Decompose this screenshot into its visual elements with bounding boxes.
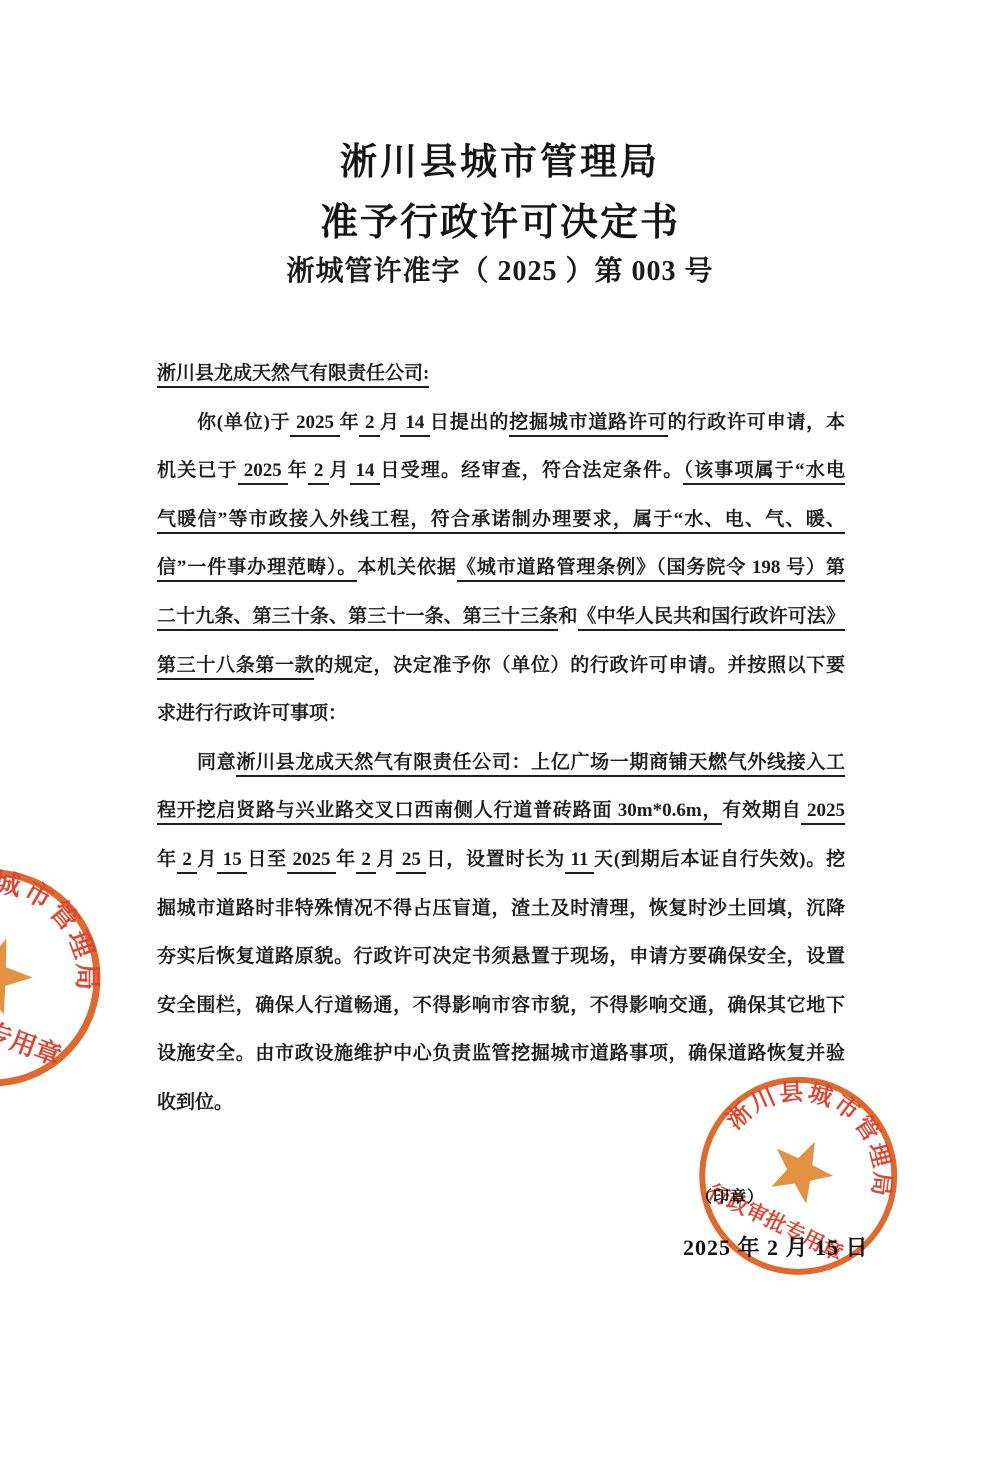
seal-ring bbox=[0, 843, 127, 1112]
text-run: 月 bbox=[329, 460, 349, 481]
text-run: 日提出的 bbox=[430, 412, 509, 433]
stamp-placeholder-note: （印章） bbox=[696, 1184, 764, 1207]
body-line: 收到位。 bbox=[157, 1079, 845, 1128]
body-line: 程开挖启贤路与兴业路交叉口西南侧人行道普砖路面 30m*0.6m，有效期自 20… bbox=[157, 787, 845, 836]
underlined-text: 2 bbox=[359, 412, 380, 437]
underlined-text: 气暖信”等市政接入外线工程，符合承诺制办理要求，属于“水、电、气、暖、 bbox=[157, 509, 845, 534]
body-line: 你(单位)于 2025 年 2 月 14 日提出的挖掘城市道路许可的行政许可申请… bbox=[157, 399, 845, 448]
body-line: 求进行行政许可事项： bbox=[157, 690, 845, 739]
text-run: 的行政许可申请，本 bbox=[668, 412, 845, 433]
text-run: 有效期自 bbox=[722, 800, 801, 821]
underlined-text: 25 bbox=[396, 849, 426, 874]
body-line: 设施安全。由市政设施维护中心负责监管挖掘城市道路事项，确保道路恢复并验 bbox=[157, 1030, 845, 1079]
text-run: 设施安全。由市政设施维护中心负责监管挖掘城市道路事项，确保道路恢复并验 bbox=[157, 1043, 845, 1064]
text-run: 年 bbox=[340, 412, 360, 433]
text-run: 日受理。经审查，符合法定条件。 bbox=[380, 460, 683, 481]
body-line: 信”一件事办理范畴）。本机关依据《城市道路管理条例》（国务院令 198 号）第 bbox=[157, 544, 845, 593]
body-line: 掘城市道路时非特殊情况不得占压盲道，渣土及时清理，恢复时沙土回填，沉降 bbox=[157, 885, 845, 934]
underlined-text: 挖掘城市道路许可 bbox=[509, 412, 667, 437]
text-run: 月 bbox=[197, 849, 217, 870]
underlined-text: 2025 bbox=[290, 412, 339, 437]
text-run: 安全围栏，确保人行道畅通，不得影响市容市貌，不得影响交通，确保其它地下 bbox=[157, 995, 845, 1016]
body-line: 夯实后恢复道路原貌。行政许可决定书须悬置于现场，申请方要确保安全，设置 bbox=[157, 933, 845, 982]
text-run: 求进行行政许可事项： bbox=[157, 703, 347, 724]
text-run: 天(到期后本证自行失效)。挖 bbox=[594, 849, 845, 870]
text-run: 的规定，决定准予你（单位）的行政许可申请。并按照以下要 bbox=[314, 655, 845, 676]
body-line: 气暖信”等市政接入外线工程，符合承诺制办理要求，属于“水、电、气、暖、 bbox=[157, 496, 845, 545]
body-line: 二十九条、第三十条、第三十一条、第三十三条和《中华人民共和国行政许可法》 bbox=[157, 593, 845, 642]
text-run: 月 bbox=[380, 412, 400, 433]
text-run: 年 bbox=[288, 460, 308, 481]
text-run: 同意 bbox=[197, 752, 236, 773]
underlined-text: 15 bbox=[217, 849, 247, 874]
star-icon bbox=[0, 926, 42, 1020]
underlined-text: 2025 bbox=[801, 800, 845, 825]
underlined-text: 2 bbox=[177, 849, 198, 874]
underlined-text: 淅川县龙成天然气有限责任公司: bbox=[157, 363, 429, 388]
document-body: 淅川县龙成天然气有限责任公司:你(单位)于 2025 年 2 月 14 日提出的… bbox=[157, 350, 845, 1128]
text-run: 年 bbox=[157, 849, 177, 870]
underlined-text: 第三十八条第一款 bbox=[157, 655, 314, 680]
text-run: 本机关依据 bbox=[357, 557, 457, 578]
seal-bottom-text: 行政审批专用章 bbox=[0, 981, 65, 1071]
underlined-text: 2 bbox=[308, 460, 329, 485]
body-line: 第三十八条第一款的规定，决定准予你（单位）的行政许可申请。并按照以下要 bbox=[157, 642, 845, 691]
document-number: 淅城管许准字（ 2025 ）第 003 号 bbox=[0, 249, 1000, 289]
document-page: 淅川县城市管理局 准予行政许可决定书 淅城管许准字（ 2025 ）第 003 号… bbox=[0, 0, 1000, 1462]
body-line: 淅川县龙成天然气有限责任公司: bbox=[157, 350, 845, 399]
official-seal-left: 淅川县城市管理局 行政审批专用章 bbox=[0, 824, 146, 1132]
text-run: 日至 bbox=[247, 849, 287, 870]
text-run: 你(单位)于 bbox=[197, 412, 290, 433]
underlined-text: 信”一件事办理范畴）。 bbox=[157, 557, 357, 582]
text-run: 年 bbox=[336, 849, 356, 870]
seal-arc-text: 淅川县城市管理局 bbox=[0, 837, 132, 1003]
seal-arc-text-holder: 淅川县城市管理局 bbox=[0, 837, 132, 1003]
text-run: 和 bbox=[558, 606, 577, 627]
underlined-text: 程开挖启贤路与兴业路交叉口西南侧人行道普砖路面 30m*0.6m， bbox=[157, 800, 722, 825]
text-run: 夯实后恢复道路原貌。行政许可决定书须悬置于现场，申请方要确保安全，设置 bbox=[157, 946, 845, 967]
text-run: 月 bbox=[376, 849, 396, 870]
body-line: 安全围栏，确保人行道畅通，不得影响市容市貌，不得影响交通，确保其它地下 bbox=[157, 982, 845, 1031]
document-date: 2025 年 2 月 15 日 bbox=[683, 1231, 869, 1262]
body-line: 同意淅川县龙成天然气有限责任公司：上亿广场一期商铺天燃气外线接入工 bbox=[157, 739, 845, 788]
underlined-text: 《中华人民共和国行政许可法》 bbox=[578, 606, 845, 631]
underlined-text: 淅川县龙成天然气有限责任公司：上亿广场一期商铺天燃气外线接入工 bbox=[236, 752, 845, 777]
underlined-text: 《城市道路管理条例》（国务院令 198 号）第 bbox=[457, 557, 845, 582]
document-title-line2: 准予行政许可决定书 bbox=[0, 191, 1000, 246]
body-line: 年 2 月 15 日至 2025 年 2 月 25 日，设置时长为 11 天(到… bbox=[157, 836, 845, 885]
underlined-text: 2025 bbox=[238, 460, 288, 485]
text-run: 掘城市道路时非特殊情况不得占压盲道，渣土及时清理，恢复时沙土回填，沉降 bbox=[157, 898, 845, 919]
underlined-text: 14 bbox=[350, 460, 381, 485]
underlined-text: 11 bbox=[565, 849, 594, 874]
underlined-text: 14 bbox=[400, 412, 430, 437]
document-title-line1: 淅川县城市管理局 bbox=[0, 131, 1000, 185]
underlined-text: 二十九条、第三十条、第三十一条、第三十三条 bbox=[157, 606, 558, 631]
text-run: 收到位。 bbox=[157, 1092, 233, 1113]
underlined-text: 2 bbox=[356, 849, 377, 874]
underlined-text: 2025 bbox=[287, 849, 336, 874]
body-line: 机关已于 2025 年 2 月 14 日受理。经审查，符合法定条件。（该事项属于… bbox=[157, 447, 845, 496]
text-run: 机关已于 bbox=[157, 460, 238, 481]
underlined-text: （该事项属于“水电 bbox=[683, 460, 845, 485]
text-run: 日，设置时长为 bbox=[426, 849, 565, 870]
star-icon bbox=[761, 1128, 844, 1209]
